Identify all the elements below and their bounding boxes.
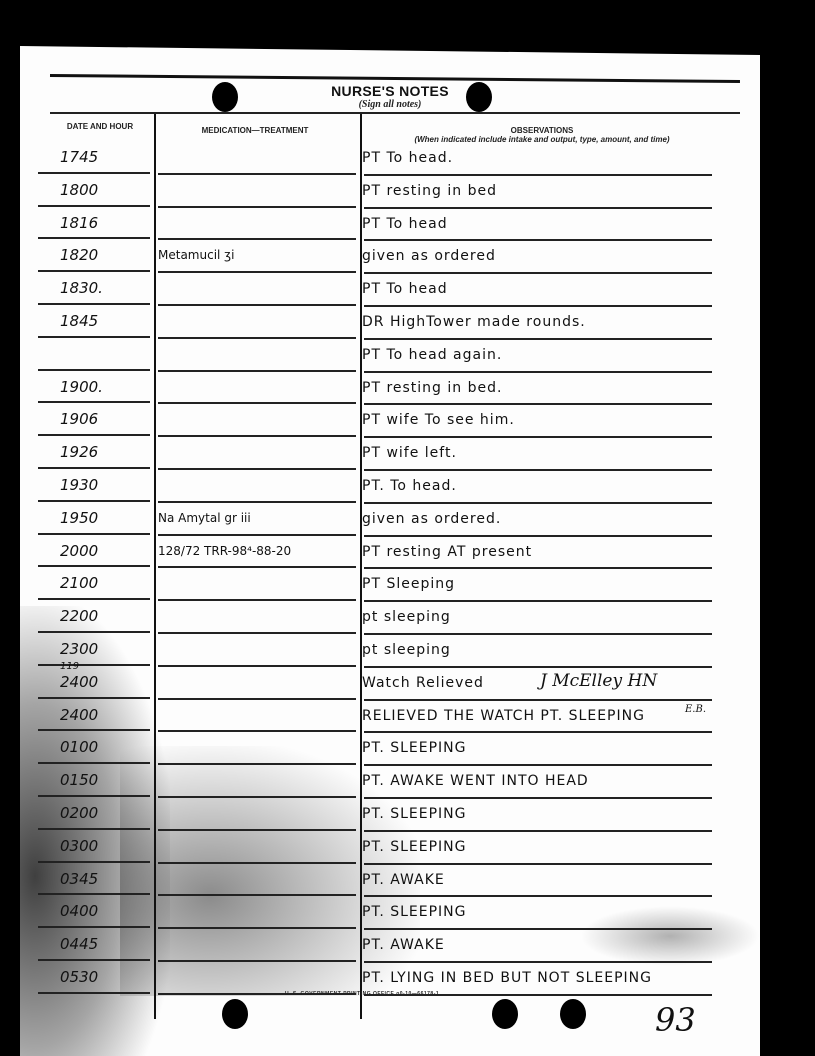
entry-observation: PT. To head. xyxy=(362,478,457,494)
row-divider xyxy=(158,566,356,568)
row-divider xyxy=(38,795,150,797)
row-divider xyxy=(158,173,356,175)
row-divider xyxy=(38,992,150,994)
row-divider xyxy=(158,730,356,732)
row-divider xyxy=(158,862,356,864)
entry-observation: PT. AWAKE WENT INTO HEAD xyxy=(362,773,589,789)
row-divider xyxy=(364,371,712,373)
row-divider xyxy=(158,534,356,536)
row-divider xyxy=(364,502,712,504)
punch-hole-icon xyxy=(222,999,248,1029)
row-divider xyxy=(364,863,712,865)
row-divider xyxy=(38,926,150,928)
entry-observation: PT resting AT present xyxy=(362,544,532,560)
row-divider xyxy=(38,697,150,699)
row-divider xyxy=(38,828,150,830)
row-divider xyxy=(38,959,150,961)
row-divider xyxy=(38,893,150,895)
punch-hole-icon xyxy=(492,999,518,1029)
row-divider xyxy=(38,369,150,371)
entry-time: 0400 xyxy=(60,902,98,920)
row-divider xyxy=(364,666,712,668)
row-divider xyxy=(158,238,356,240)
entry-observation: DR HighTower made rounds. xyxy=(362,314,586,330)
entry-time: 2300 xyxy=(60,640,98,658)
entry-observation: Watch Relieved xyxy=(362,675,484,691)
row-divider xyxy=(158,829,356,831)
entry-time: 1900. xyxy=(60,378,103,396)
row-divider xyxy=(38,336,150,338)
entry-observation: pt sleeping xyxy=(362,642,451,658)
row-divider xyxy=(158,271,356,273)
row-divider xyxy=(38,270,150,272)
entry-observation: PT To head xyxy=(362,216,448,232)
row-divider xyxy=(38,533,150,535)
entry-observation: PT. SLEEPING xyxy=(362,806,467,822)
entry-observation: PT. AWAKE xyxy=(362,872,445,888)
row-divider xyxy=(364,895,712,897)
row-divider xyxy=(158,435,356,437)
entry-time: 1800 xyxy=(60,181,98,199)
row-divider xyxy=(38,237,150,239)
row-divider xyxy=(158,960,356,962)
nurses-notes-page: NURSE'S NOTES (Sign all notes) DATE AND … xyxy=(20,46,760,1056)
entry-time: 0445 xyxy=(60,935,98,953)
row-divider xyxy=(38,401,150,403)
entry-time: 1820 xyxy=(60,246,98,264)
row-divider xyxy=(158,599,356,601)
entry-time: 1926 xyxy=(60,443,98,461)
entry-time: 1816 xyxy=(60,214,98,232)
form-title: NURSE'S NOTES xyxy=(310,83,470,99)
entry-time: 2100 xyxy=(60,574,98,592)
entry-observation: PT. SLEEPING xyxy=(362,839,467,855)
row-divider xyxy=(158,927,356,929)
entry-observation: PT To head again. xyxy=(362,347,502,363)
entry-time-note: 119 xyxy=(60,661,79,672)
entry-time: 1906 xyxy=(60,410,98,428)
entry-time: 1930 xyxy=(60,476,98,494)
page-number: 93 xyxy=(655,1001,696,1039)
entry-observation: PT wife To see him. xyxy=(362,412,515,428)
row-divider xyxy=(364,239,712,241)
entry-observation: PT. LYING IN BED BUT NOT SLEEPING xyxy=(362,970,652,986)
photocopy-smudge xyxy=(580,906,760,966)
entry-time: 0100 xyxy=(60,738,98,756)
form-title-block: NURSE'S NOTES (Sign all notes) xyxy=(310,83,470,110)
row-divider xyxy=(364,535,712,537)
row-divider xyxy=(364,436,712,438)
row-divider xyxy=(364,797,712,799)
row-divider xyxy=(158,337,356,339)
entry-observation: pt sleeping xyxy=(362,609,451,625)
row-divider xyxy=(38,762,150,764)
entry-observation: PT Sleeping xyxy=(362,576,455,592)
row-divider xyxy=(38,729,150,731)
row-divider xyxy=(158,894,356,896)
punch-hole-icon xyxy=(560,999,586,1029)
entry-observation: PT To head. xyxy=(362,150,453,166)
entry-observation: PT. AWAKE xyxy=(362,937,445,953)
entry-time: 0300 xyxy=(60,837,98,855)
entry-time: 0345 xyxy=(60,870,98,888)
observations-label: OBSERVATIONS xyxy=(362,126,722,135)
row-divider xyxy=(158,206,356,208)
row-divider xyxy=(364,207,712,209)
row-divider xyxy=(38,205,150,207)
entry-time: 1950 xyxy=(60,509,98,527)
row-divider xyxy=(364,174,712,176)
row-divider xyxy=(158,763,356,765)
row-divider xyxy=(158,468,356,470)
row-divider xyxy=(364,272,712,274)
row-divider xyxy=(38,500,150,502)
entry-medication: 128/72 TRR-98⁴-88-20 xyxy=(158,544,291,558)
row-divider xyxy=(158,796,356,798)
entry-time: 0200 xyxy=(60,804,98,822)
row-divider xyxy=(38,434,150,436)
row-divider xyxy=(38,861,150,863)
entry-observation: RELIEVED THE WATCH PT. SLEEPING xyxy=(362,708,645,724)
row-divider xyxy=(364,403,712,405)
row-divider xyxy=(38,303,150,305)
entry-observation: PT resting in bed. xyxy=(362,380,502,396)
entry-time: 1830. xyxy=(60,279,103,297)
row-divider xyxy=(38,565,150,567)
column-header-medication: MEDICATION—TREATMENT xyxy=(160,126,350,135)
row-divider xyxy=(158,501,356,503)
row-divider xyxy=(38,598,150,600)
row-divider xyxy=(364,764,712,766)
entry-observation: given as ordered xyxy=(362,248,496,264)
entry-time: 0150 xyxy=(60,771,98,789)
entry-medication: Metamucil ʒi xyxy=(158,248,234,262)
row-divider xyxy=(364,633,712,635)
row-divider xyxy=(364,731,712,733)
nurse-signature: J McElley HN xyxy=(540,671,657,691)
row-divider xyxy=(364,469,712,471)
entry-time: 2000 xyxy=(60,542,98,560)
row-divider xyxy=(38,467,150,469)
entry-time: 0530 xyxy=(60,968,98,986)
row-divider xyxy=(364,305,712,307)
row-divider xyxy=(364,567,712,569)
top-rule xyxy=(50,74,740,83)
row-divider xyxy=(364,699,712,701)
entry-observation: PT. SLEEPING xyxy=(362,740,467,756)
row-divider xyxy=(364,830,712,832)
entry-time: 1845 xyxy=(60,312,98,330)
observations-note: (When indicated include intake and outpu… xyxy=(362,135,722,144)
punch-hole-icon xyxy=(212,82,238,112)
column-header-observations: OBSERVATIONS (When indicated include int… xyxy=(362,126,722,144)
nurse-signature: E.B. xyxy=(685,704,706,715)
entry-observation: PT To head xyxy=(362,281,448,297)
row-divider xyxy=(364,338,712,340)
column-divider xyxy=(154,114,156,1019)
row-divider xyxy=(364,961,712,963)
row-divider xyxy=(158,698,356,700)
row-divider xyxy=(364,600,712,602)
entry-observation: given as ordered. xyxy=(362,511,501,527)
row-divider xyxy=(364,928,712,930)
entry-time: 1745 xyxy=(60,148,98,166)
entry-time: 2400 xyxy=(60,706,98,724)
row-divider xyxy=(158,304,356,306)
entry-observation: PT. SLEEPING xyxy=(362,904,467,920)
entry-observation: PT wife left. xyxy=(362,445,457,461)
column-header-date-hour: DATE AND HOUR xyxy=(60,122,140,131)
row-divider xyxy=(38,172,150,174)
form-subtitle: (Sign all notes) xyxy=(310,99,470,110)
entry-observation: PT resting in bed xyxy=(362,183,497,199)
entry-time: 2400 xyxy=(60,673,98,691)
row-divider xyxy=(158,370,356,372)
row-divider xyxy=(158,632,356,634)
row-divider xyxy=(38,631,150,633)
row-divider xyxy=(38,664,150,666)
row-divider xyxy=(158,665,356,667)
printer-imprint: U. S. GOVERNMENT PRINTING OFFICE o0-10—6… xyxy=(285,991,439,997)
row-divider xyxy=(158,402,356,404)
entry-time: 2200 xyxy=(60,607,98,625)
entry-medication: Na Amytal gr iii xyxy=(158,511,251,525)
